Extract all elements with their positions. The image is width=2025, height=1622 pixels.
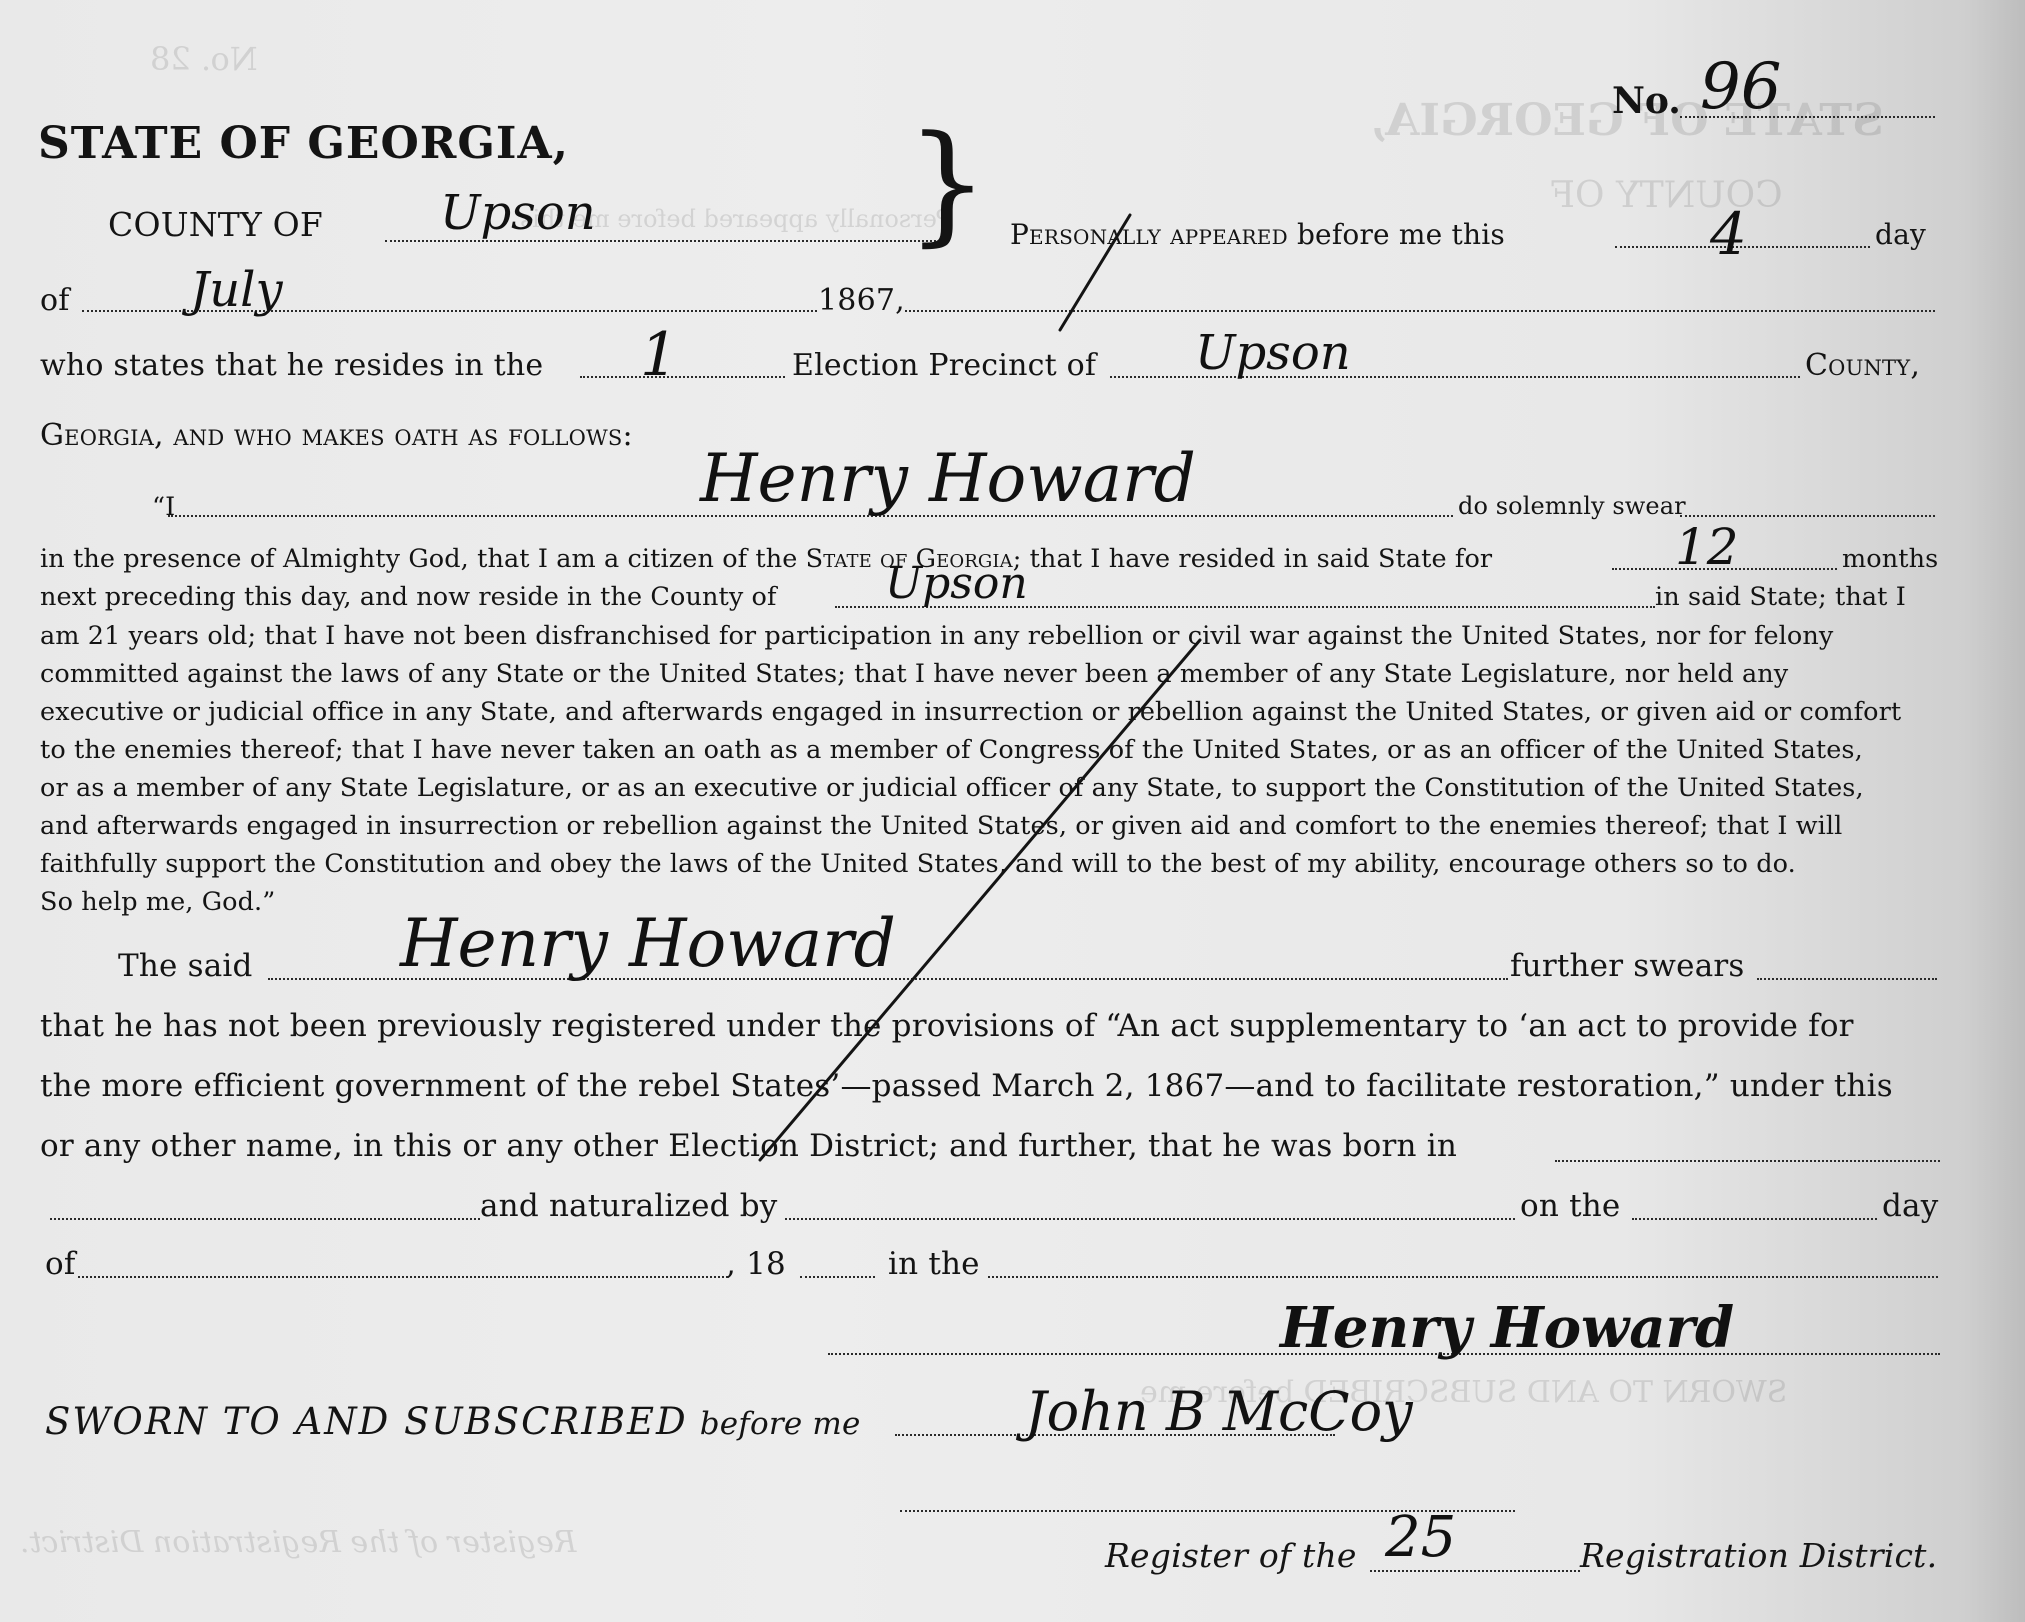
pen-stroke [0,0,2025,1622]
